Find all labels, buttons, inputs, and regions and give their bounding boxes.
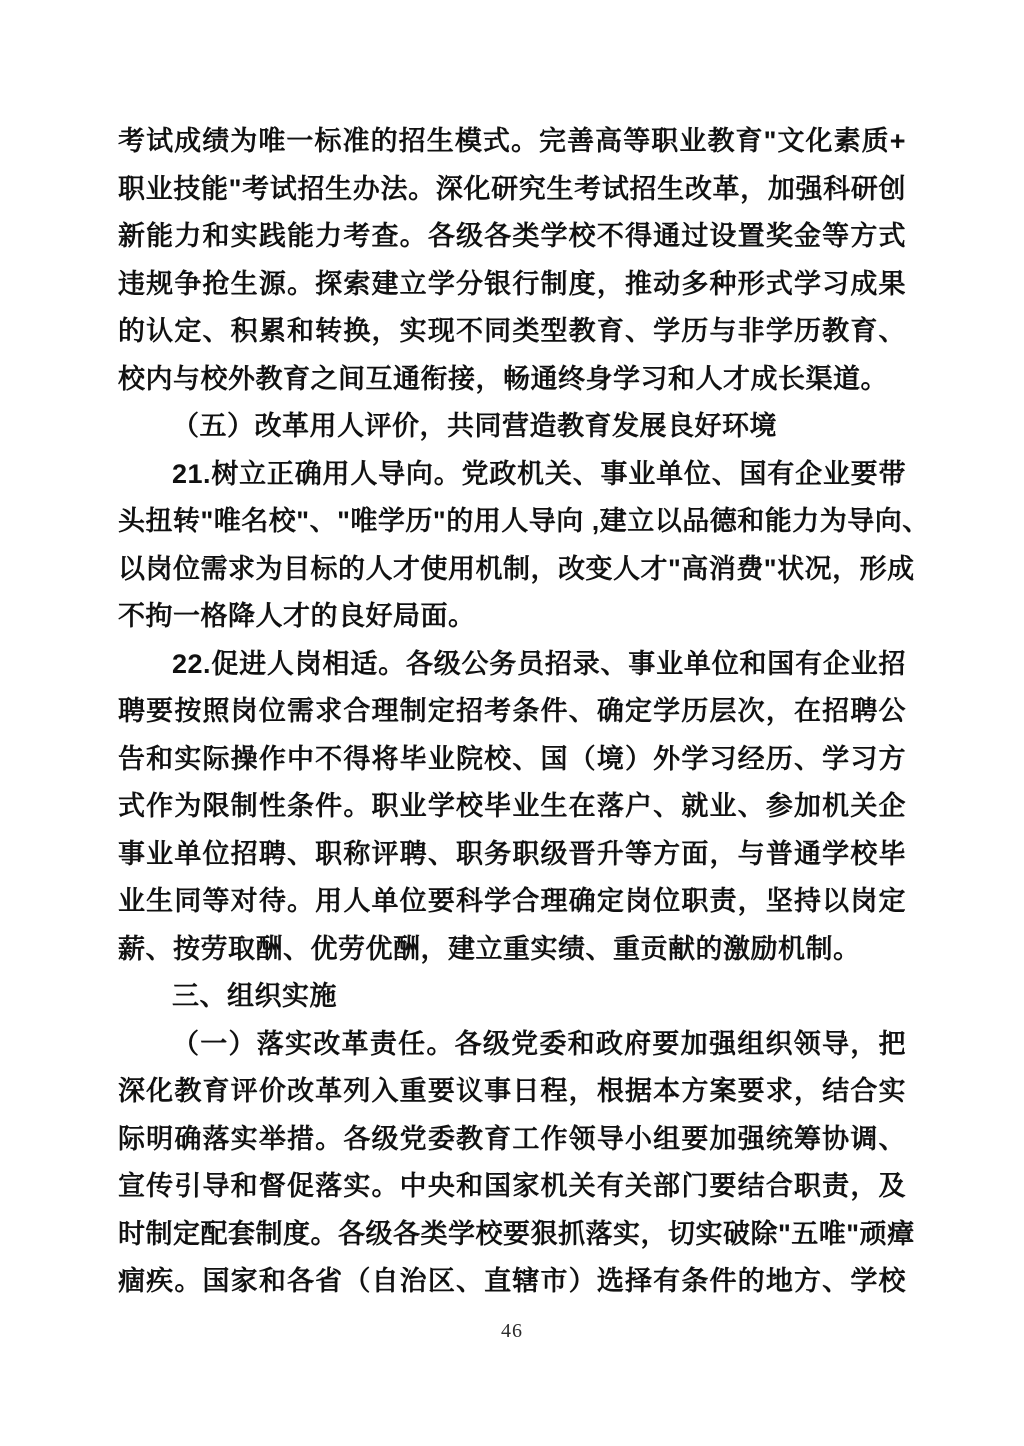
text-line: 告和实际操作中不得将毕业院校、国（境）外学习经历、学习方 bbox=[118, 736, 906, 784]
text-line: 22.促进人岗相适。各级公务员招录、事业单位和国有企业招 bbox=[118, 641, 906, 689]
text-line: 式作为限制性条件。职业学校毕业生在落户、就业、参加机关企 bbox=[118, 783, 906, 831]
document-body: 考试成绩为唯一标准的招生模式。完善高等职业教育"文化素质+职业技能"考试招生办法… bbox=[118, 118, 906, 1346]
text-line: （五）改革用人评价，共同营造教育发展良好环境 bbox=[118, 403, 906, 451]
text-line: 头扭转"唯名校"、"唯学历"的用人导向 ,建立以品德和能力为导向、 bbox=[118, 498, 906, 546]
text-line: 不拘一格降人才的良好局面。 bbox=[118, 593, 906, 641]
text-line: 痼疾。国家和各省（自治区、直辖市）选择有条件的地方、学校 bbox=[118, 1258, 906, 1306]
text-line: （一）落实改革责任。各级党委和政府要加强组织领导，把 bbox=[118, 1021, 906, 1069]
text-line: 宣传引导和督促落实。中央和国家机关有关部门要结合职责，及 bbox=[118, 1163, 906, 1211]
text-line: 违规争抢生源。探索建立学分银行制度，推动多种形式学习成果 bbox=[118, 261, 906, 309]
text-line: 21.树立正确用人导向。党政机关、事业单位、国有企业要带 bbox=[118, 451, 906, 499]
text-line: 聘要按照岗位需求合理制定招考条件、确定学历层次，在招聘公 bbox=[118, 688, 906, 736]
document-page: 考试成绩为唯一标准的招生模式。完善高等职业教育"文化素质+职业技能"考试招生办法… bbox=[0, 0, 1024, 1446]
text-line: 际明确落实举措。各级党委教育工作领导小组要加强统筹协调、 bbox=[118, 1116, 906, 1164]
text-line: 的认定、积累和转换，实现不同类型教育、学历与非学历教育、 bbox=[118, 308, 906, 356]
text-line: 薪、按劳取酬、优劳优酬，建立重实绩、重贡献的激励机制。 bbox=[118, 926, 906, 974]
text-line: 以岗位需求为目标的人才使用机制，改变人才"高消费"状况，形成 bbox=[118, 546, 906, 594]
page-number: 46 bbox=[118, 1316, 906, 1346]
text-line: 考试成绩为唯一标准的招生模式。完善高等职业教育"文化素质+ bbox=[118, 118, 906, 166]
text-line: 职业技能"考试招生办法。深化研究生考试招生改革，加强科研创 bbox=[118, 166, 906, 214]
text-line: 事业单位招聘、职称评聘、职务职级晋升等方面，与普通学校毕 bbox=[118, 831, 906, 879]
text-line: 时制定配套制度。各级各类学校要狠抓落实，切实破除"五唯"顽瘴 bbox=[118, 1211, 906, 1259]
text-line: 业生同等对待。用人单位要科学合理确定岗位职责，坚持以岗定 bbox=[118, 878, 906, 926]
text-line: 校内与校外教育之间互通衔接，畅通终身学习和人才成长渠道。 bbox=[118, 356, 906, 404]
text-line: 新能力和实践能力考查。各级各类学校不得通过设置奖金等方式 bbox=[118, 213, 906, 261]
text-line: 三、组织实施 bbox=[118, 973, 906, 1021]
text-line: 深化教育评价改革列入重要议事日程，根据本方案要求，结合实 bbox=[118, 1068, 906, 1116]
